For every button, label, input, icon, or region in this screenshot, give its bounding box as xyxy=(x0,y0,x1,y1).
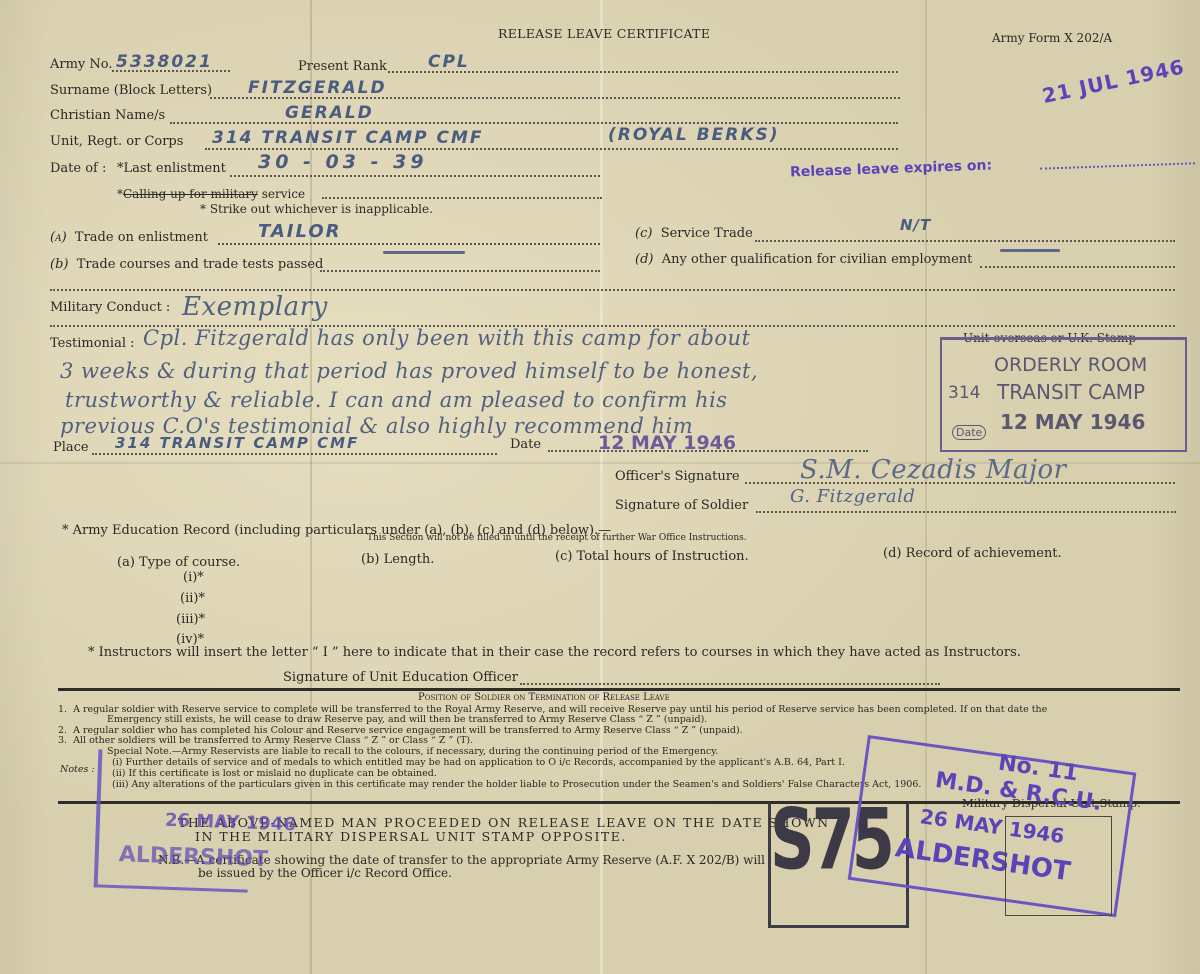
present-rank-value: CPL xyxy=(428,52,470,72)
christian-names-line xyxy=(170,122,898,124)
instructors-note: * Instructors will insert the letter “ I… xyxy=(88,645,1021,660)
officers-signature-value: S.M. Cezadis Major xyxy=(800,455,1067,485)
date-stamp: 12 MAY 1946 xyxy=(598,432,736,454)
calling-up-struck-text: Calling up for military xyxy=(123,187,258,201)
date-of-label: Date of : xyxy=(50,161,106,176)
unit-label: Unit, Regt. or Corps xyxy=(50,134,183,149)
unit-stamp-line1: ORDERLY ROOM xyxy=(994,354,1147,376)
other-qualification-line xyxy=(980,266,1175,268)
service-trade-line xyxy=(755,240,1175,242)
army-no-label: Army No. xyxy=(50,57,113,72)
calling-up-line xyxy=(322,197,602,199)
testimonial-line: Cpl. Fitzgerald has only been with this … xyxy=(143,326,751,350)
release-expiry-line xyxy=(1040,162,1195,169)
dispersal-stamp-box xyxy=(1005,816,1112,916)
trade-courses-line xyxy=(320,270,600,272)
unit-regiment-value: (ROYAL BERKS) xyxy=(608,125,780,145)
service-trade-marker: (c) xyxy=(635,226,652,241)
army-no-value: 5338021 xyxy=(116,52,213,72)
trade-courses-dash xyxy=(383,251,465,254)
position-item-number: 3. xyxy=(58,735,67,746)
left-dispersal-stamp: 26 MAY 1946 ALDERSHOT xyxy=(94,749,253,892)
testimonial-line: 3 weeks & during that period has proved … xyxy=(60,359,758,383)
christian-names-value: GERALD xyxy=(285,103,374,123)
trade-enlistment-marker: (a) xyxy=(50,230,67,245)
education-column-hours: (c) Total hours of Instruction. xyxy=(555,549,749,564)
unit-line xyxy=(205,148,898,150)
trade-enlistment-line xyxy=(218,243,600,245)
strike-note: * Strike out whichever is inapplicable. xyxy=(200,202,433,216)
soldier-signature-value: G. Fitzgerald xyxy=(790,486,915,507)
soldier-signature-line xyxy=(756,511,1176,513)
other-qualification-marker: (d) xyxy=(635,252,653,267)
military-conduct-label: Military Conduct : xyxy=(50,300,170,315)
left-stamp-place: ALDERSHOT xyxy=(118,842,268,872)
position-heading: Position of Soldier on Termination of Re… xyxy=(418,692,670,703)
section-rule xyxy=(58,688,1180,691)
service-trade-label: Service Trade xyxy=(661,226,753,241)
surname-label: Surname (Block Letters) xyxy=(50,83,212,98)
officers-signature-label: Officer's Signature xyxy=(615,469,740,484)
release-expiry-date-stamp: 21 JUL 1946 xyxy=(1040,54,1187,108)
trade-enlistment-value: TAILOR xyxy=(258,221,342,242)
document-title: RELEASE LEAVE CERTIFICATE xyxy=(498,26,710,41)
other-qualification-dash xyxy=(1000,249,1060,252)
trade-courses-label: Trade courses and trade tests passed xyxy=(77,257,324,272)
unit-stamp: ORDERLY ROOM 314 TRANSIT CAMP Date 12 MA… xyxy=(940,337,1187,452)
testimonial-line: trustworthy & reliable. I can and am ple… xyxy=(65,388,728,412)
position-item-number: 1. xyxy=(58,704,67,715)
notes-label: Notes : xyxy=(60,764,95,775)
place-line xyxy=(92,453,497,455)
surname-value: FITZGERALD xyxy=(248,78,387,98)
christian-names-label: Christian Name/s xyxy=(50,108,165,123)
release-leave-certificate: RELEASE LEAVE CERTIFICATE Army Form X 20… xyxy=(0,0,1200,974)
trade-courses-marker: (b) xyxy=(50,257,68,272)
military-conduct-value: Exemplary xyxy=(182,292,328,322)
unit-value: 314 TRANSIT CAMP CMF xyxy=(212,128,484,148)
place-value: 314 TRANSIT CAMP CMF xyxy=(115,434,359,452)
other-qualification-label: Any other qualification for civilian emp… xyxy=(662,252,973,267)
last-enlistment-line xyxy=(230,175,600,177)
unit-stamp-date-label: Date xyxy=(952,425,986,440)
date-label: Date xyxy=(510,437,541,452)
unit-stamp-line2: TRANSIT CAMP xyxy=(997,380,1145,404)
calling-up-label: *Calling up for military service xyxy=(117,187,305,201)
separator-dotted xyxy=(50,289,1175,291)
service-trade-value: N/T xyxy=(900,216,931,234)
education-note: This Section will not be filled in until… xyxy=(367,533,747,543)
unit-stamp-number: 314 xyxy=(948,383,980,403)
education-column-achievement: (d) Record of achievement. xyxy=(883,546,1062,561)
position-item-text: All other soldiers will be transferred t… xyxy=(73,735,473,746)
present-rank-label: Present Rank xyxy=(298,59,387,74)
place-label: Place xyxy=(53,440,89,455)
release-expiry-label: Release leave expires on: xyxy=(790,157,993,180)
last-enlistment-value: 30 - 03 - 39 xyxy=(258,151,428,173)
education-officer-signature-line xyxy=(520,683,940,685)
calling-up-rest-text: service xyxy=(258,187,305,201)
soldier-signature-label: Signature of Soldier xyxy=(615,498,748,513)
last-enlistment-label: *Last enlistment xyxy=(117,161,226,176)
form-id: Army Form X 202/A xyxy=(992,31,1112,45)
unit-stamp-date: 12 MAY 1946 xyxy=(1000,410,1145,434)
position-item-continuation: Emergency still exists, he will cease to… xyxy=(107,714,707,725)
education-row: (iii)* xyxy=(176,612,205,627)
left-stamp-date: 26 MAY 1946 xyxy=(165,810,296,836)
education-row: (i)* xyxy=(183,570,204,585)
education-column-length: (b) Length. xyxy=(361,552,434,567)
trade-enlistment-label: Trade on enlistment xyxy=(75,230,208,245)
testimonial-label: Testimonial : xyxy=(50,336,135,351)
education-row: (ii)* xyxy=(180,591,205,606)
education-officer-signature-label: Signature of Unit Education Officer xyxy=(283,670,518,685)
education-column-type: (a) Type of course. xyxy=(117,555,240,570)
